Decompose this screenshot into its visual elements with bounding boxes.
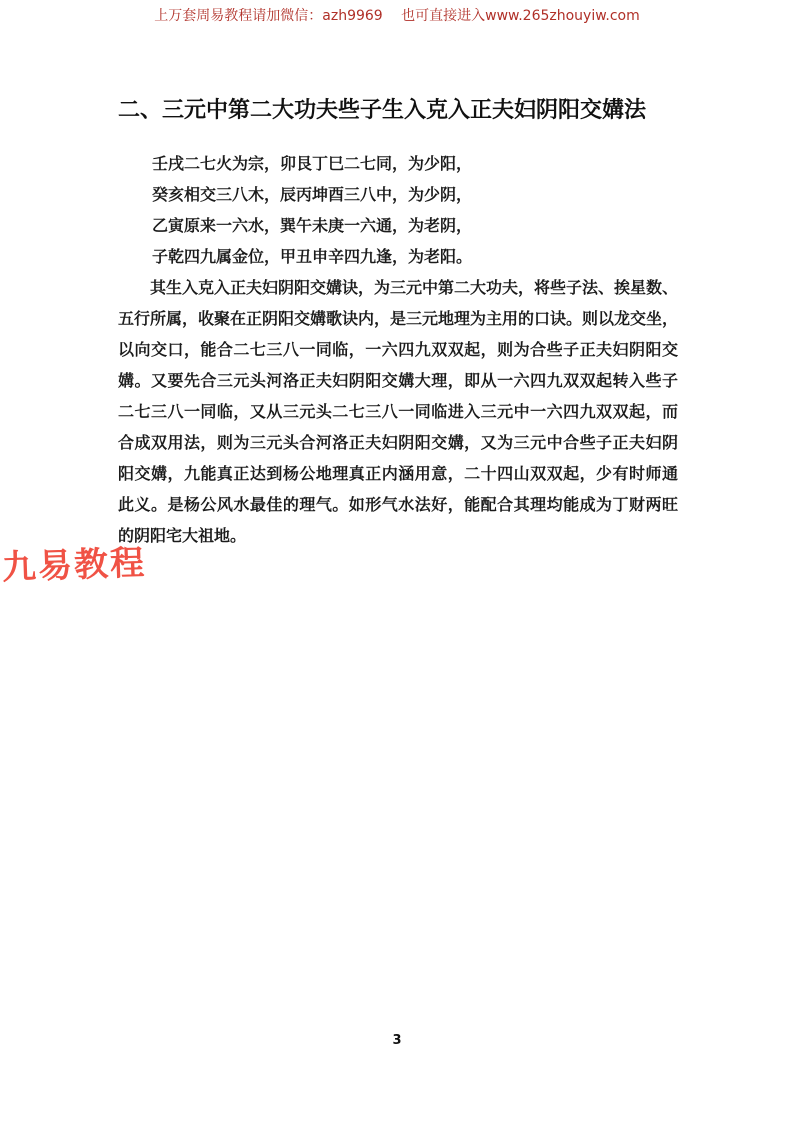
paragraph-line: 二七三八一同临，又从三元头二七三八一同临进入三元中一六四九双双起，而 <box>118 396 678 427</box>
paragraph-line: 五行所属，收聚在正阴阳交媾歌诀内，是三元地理为主用的口诀。则以龙交坐， <box>118 303 678 334</box>
paragraph-line: 此义。是杨公风水最佳的理气。如形气水法好，能配合其理均能成为丁财两旺 <box>118 489 678 520</box>
watermark: 九易教程 <box>1 535 147 589</box>
paragraph-line: 的阴阳宅大祖地。 <box>118 520 678 551</box>
header-notice: 上万套周易教程请加微信：azh9969 也可直接进入www.265zhouyiw… <box>0 5 794 25</box>
document-page: 上万套周易教程请加微信：azh9969 也可直接进入www.265zhouyiw… <box>0 0 794 1123</box>
verse-line: 子乾四九属金位，甲丑申辛四九逢，为老阳。 <box>118 241 678 272</box>
document-body: 壬戌二七火为宗，卯艮丁巳二七同，为少阳， 癸亥相交三八木，辰丙坤酉三八中，为少阴… <box>118 148 678 551</box>
paragraph-line: 其生入克入正夫妇阴阳交媾诀，为三元中第二大功夫，将些子法、挨星数、 <box>118 272 678 303</box>
verse-line: 乙寅原来一六水，巽午未庚一六通，为老阴， <box>118 210 678 241</box>
paragraph-line: 媾。又要先合三元头河洛正夫妇阴阳交媾大理，即从一六四九双双起转入些子 <box>118 365 678 396</box>
paragraph-line: 以向交口，能合二七三八一同临，一六四九双双起，则为合些子正夫妇阴阳交 <box>118 334 678 365</box>
paragraph-line: 阳交媾，九能真正达到杨公地理真正内涵用意，二十四山双双起，少有时师通 <box>118 458 678 489</box>
verse-line: 壬戌二七火为宗，卯艮丁巳二七同，为少阳， <box>118 148 678 179</box>
page-title: 二、三元中第二大功夫些子生入克入正夫妇阴阳交媾法 <box>118 93 646 124</box>
paragraph-line: 合成双用法，则为三元头合河洛正夫妇阴阳交媾，又为三元中合些子正夫妇阴 <box>118 427 678 458</box>
verse-line: 癸亥相交三八木，辰丙坤酉三八中，为少阴， <box>118 179 678 210</box>
page-number: 3 <box>0 1033 794 1048</box>
